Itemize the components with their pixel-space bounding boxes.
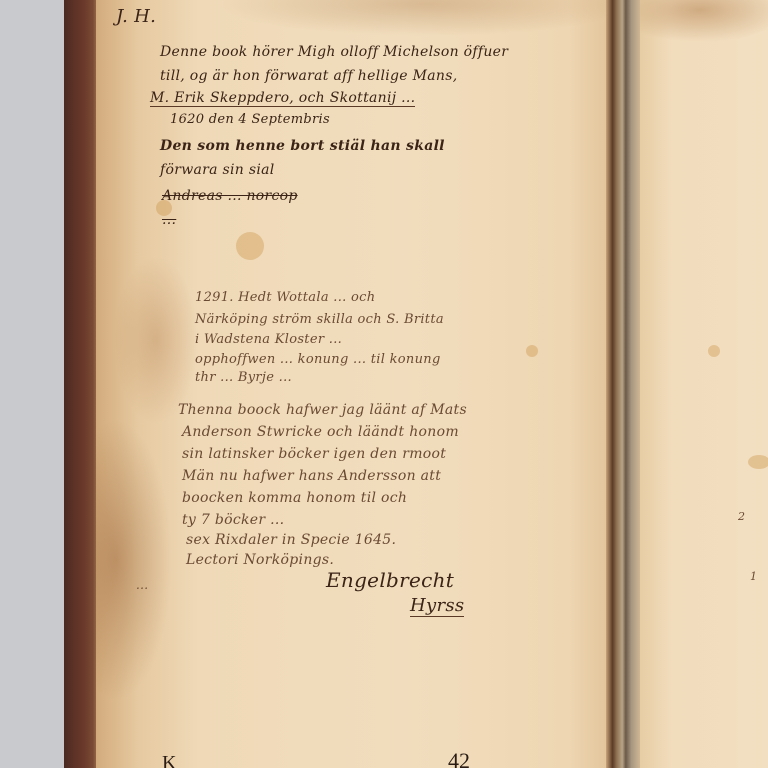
inscription-line: M. Erik Skeppdero, och Skottanij ... xyxy=(150,90,415,107)
signature-flourish: Hyrss xyxy=(410,595,464,617)
history-note-line: opphoffwen ... konung ... til konung xyxy=(195,352,441,367)
stain xyxy=(708,345,720,357)
faint-marks: ... xyxy=(136,578,148,592)
inscription-line: förwara sin sial xyxy=(160,162,275,178)
stain xyxy=(748,455,768,469)
inscription-line: Den som henne bort stiäl han skall xyxy=(160,138,445,154)
loan-note-line: ty 7 böcker ... xyxy=(182,512,284,528)
history-note-line: Närköping ström skilla och S. Britta xyxy=(195,312,444,327)
margin-mark: 1 xyxy=(750,570,757,583)
history-note-line: thr ... Byrje ... xyxy=(195,370,292,385)
signature-name: Engelbrecht xyxy=(326,568,454,592)
struck-inscription: Andreas ... norcop xyxy=(162,188,298,204)
page-number: 42 xyxy=(448,748,470,768)
background-surface xyxy=(0,0,66,768)
loan-note-line: sex Rixdaler in Specie 1645. xyxy=(186,532,396,548)
loan-note-line: Lectori Norköpings. xyxy=(186,552,334,568)
inscription-line: Denne book hörer Migh olloff Michelson ö… xyxy=(160,44,508,60)
history-note-line: i Wadstena Kloster ... xyxy=(195,332,342,347)
signature-mark: K xyxy=(162,752,176,768)
corner-initials: J. H. xyxy=(116,6,156,27)
inscription-date: 1620 den 4 Septembris xyxy=(170,112,330,127)
loan-note-line: Thenna boock hafwer jag läänt af Mats xyxy=(178,402,467,418)
book-gutter-binding xyxy=(606,0,642,768)
leather-cover-edge xyxy=(64,0,98,768)
stain xyxy=(236,232,264,260)
inscription-line: till, og är hon förwarat aff hellige Man… xyxy=(160,68,457,84)
loan-note-line: sin latinsker böcker igen den rmoot xyxy=(182,446,446,462)
loan-note-line: Anderson Stwricke och läändt honom xyxy=(182,424,459,440)
stain xyxy=(526,345,538,357)
history-note-line: 1291. Hedt Wottala ... och xyxy=(195,290,375,305)
struck-inscription: ... xyxy=(162,212,176,228)
loan-note-line: boocken komma honom til och xyxy=(182,490,407,506)
right-blank-page xyxy=(640,0,768,768)
margin-mark: 2 xyxy=(738,510,745,523)
loan-note-line: Män nu hafwer hans Andersson att xyxy=(182,468,441,484)
